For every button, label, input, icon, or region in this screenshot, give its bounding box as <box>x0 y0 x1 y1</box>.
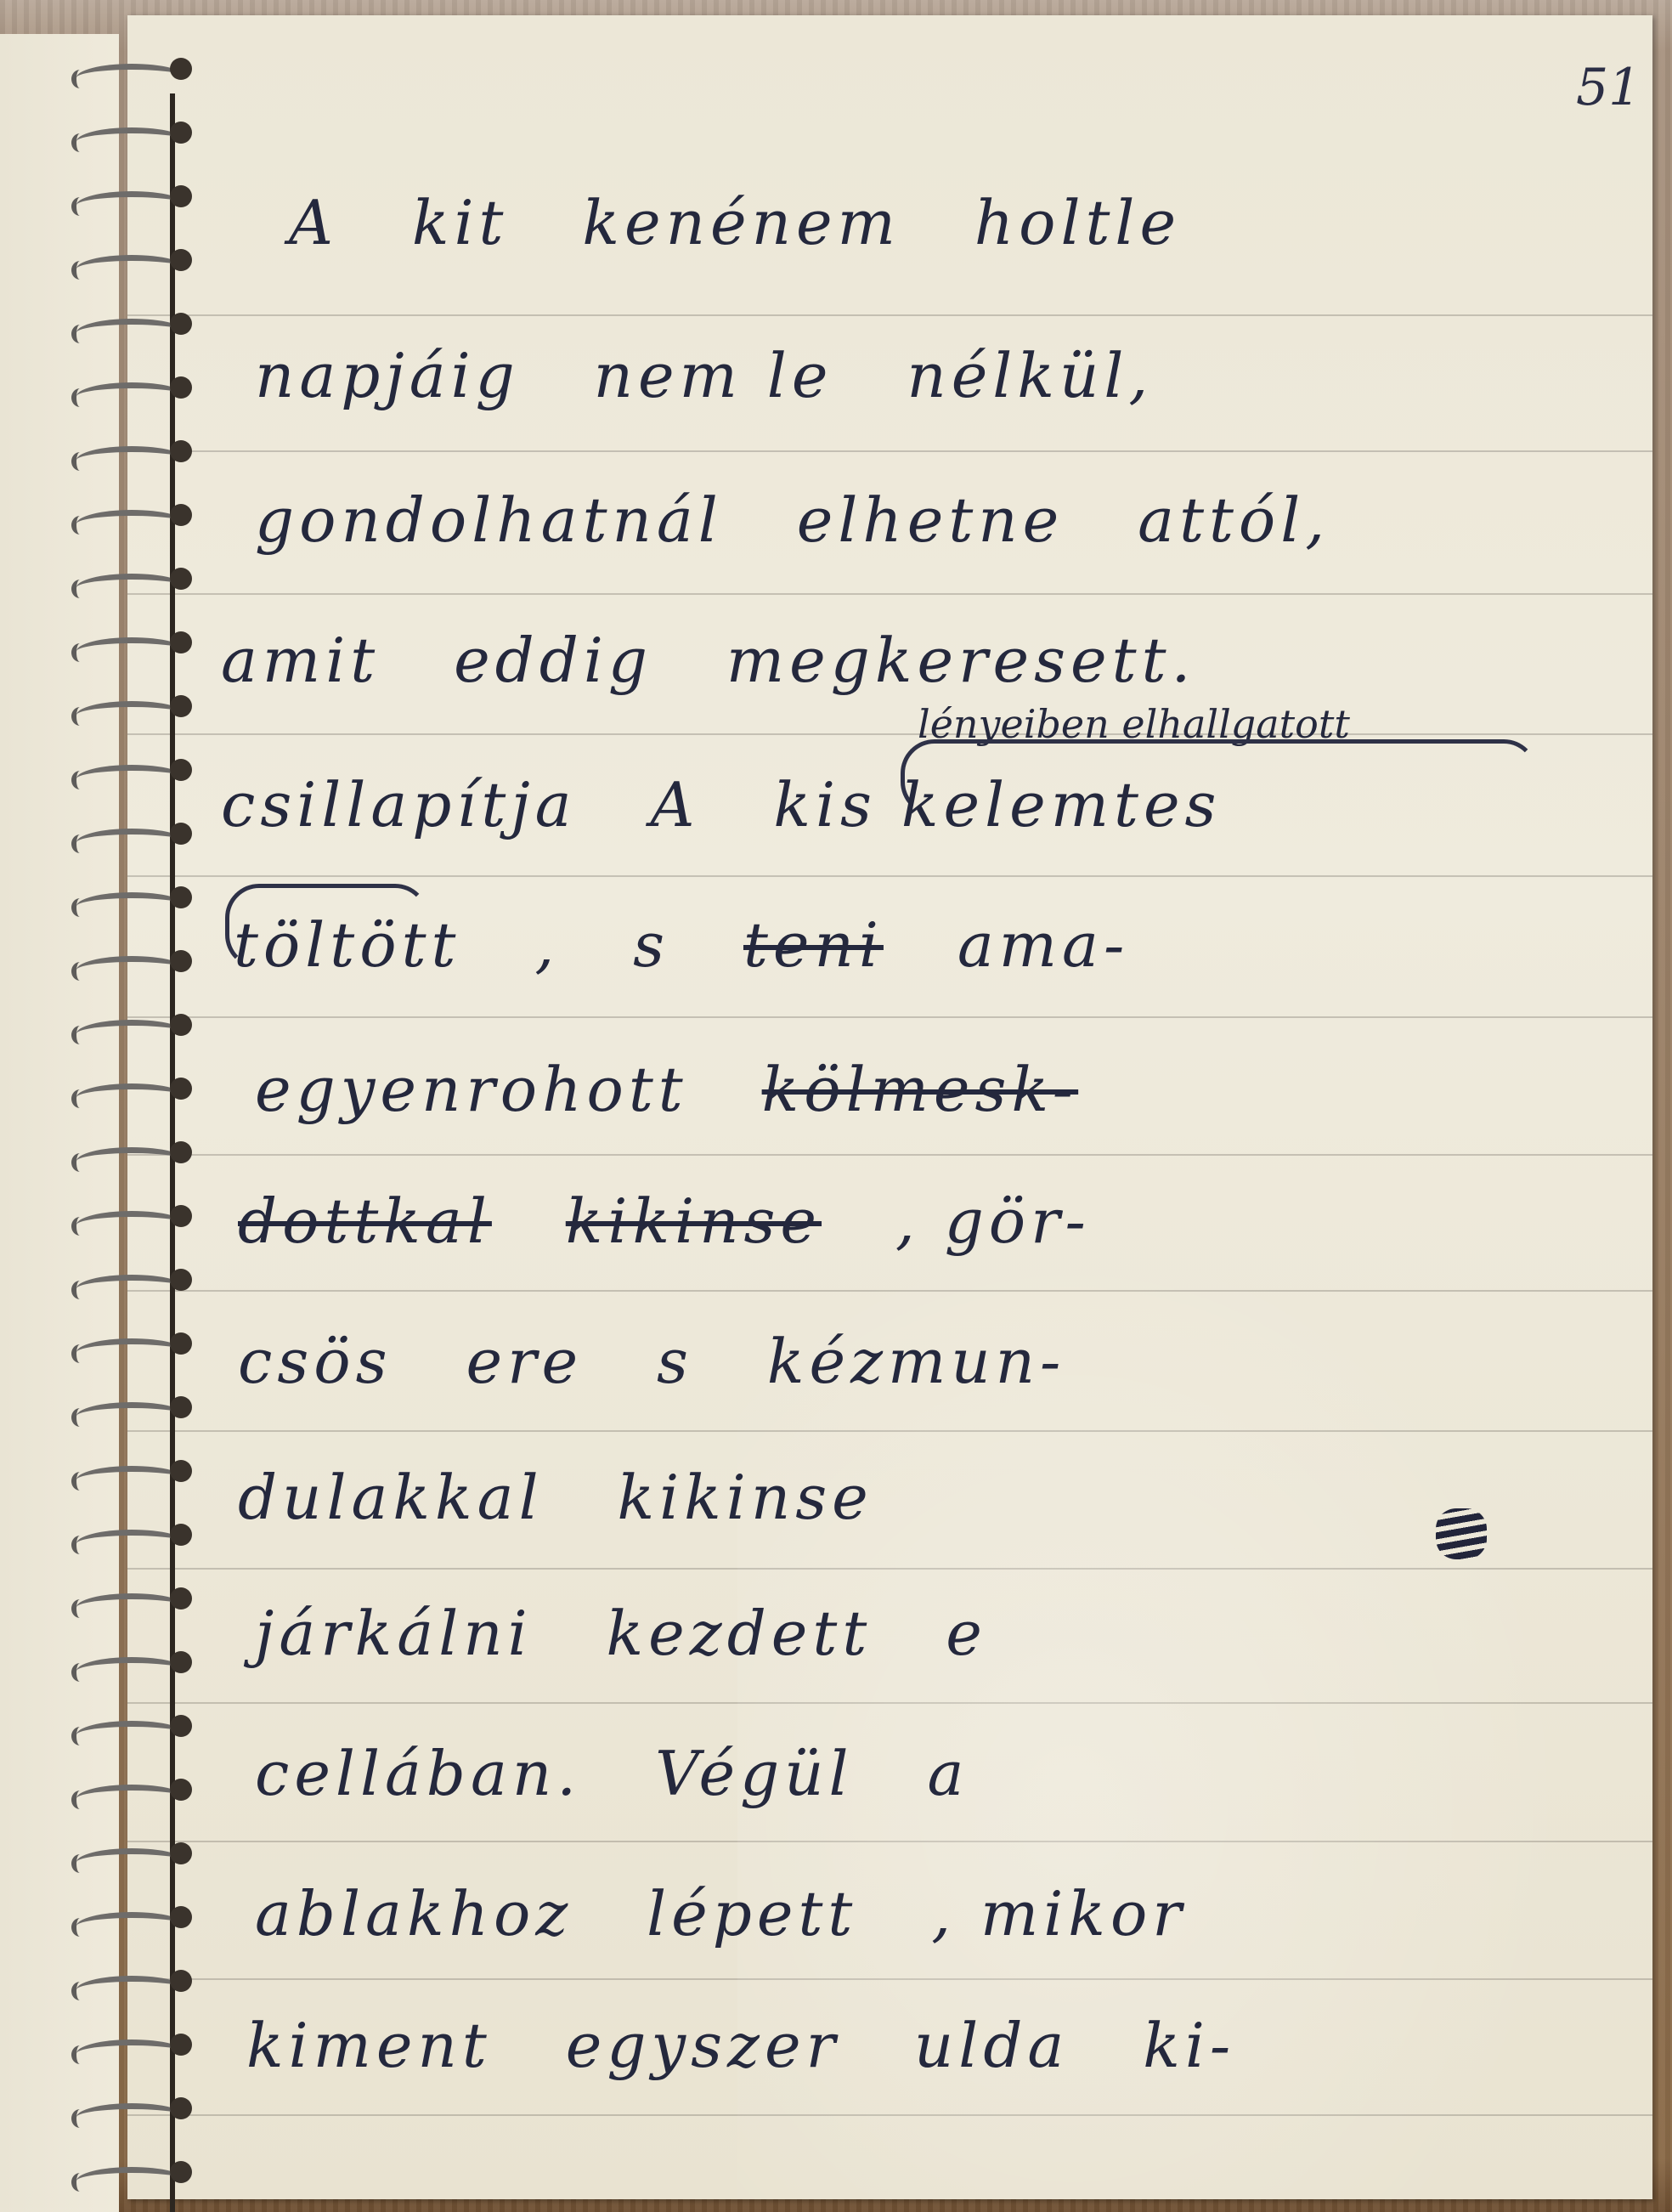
word: járkálni <box>255 1598 533 1669</box>
spiral-coil <box>76 701 187 729</box>
word: A <box>289 187 338 258</box>
handwritten-line-14: kiment egyszer ulda ki- <box>246 2010 1623 2081</box>
ruled-line <box>127 1841 1652 1842</box>
spiral-coil <box>76 382 187 410</box>
ruled-line <box>127 1568 1652 1570</box>
word: egyszer <box>566 2010 840 2081</box>
spiral-coil <box>76 1338 187 1366</box>
spiral-coil <box>76 1976 187 2004</box>
spiral-coil <box>76 2039 187 2068</box>
spiral-coil <box>76 1721 187 1749</box>
word: kis kelemtes <box>773 769 1221 840</box>
spiral-coil <box>76 1020 187 1048</box>
spiral-coil <box>76 1275 187 1303</box>
spiral-coil <box>76 1785 187 1813</box>
spiral-coil <box>76 1657 187 1685</box>
ruled-line <box>127 1154 1652 1156</box>
spiral-coil <box>76 1211 187 1239</box>
handwritten-line-11: járkálni kezdett e <box>255 1598 1631 1669</box>
handwritten-line-7: egyenrohott kölmesk- <box>255 1054 1631 1125</box>
word: s <box>633 909 669 981</box>
ink-scribble-mark <box>1436 1508 1487 1559</box>
word: töltött <box>234 909 460 981</box>
word: napjáig <box>255 340 520 411</box>
word: , mikor <box>931 1878 1186 1949</box>
word: ablakhoz <box>255 1878 573 1949</box>
spiral-coil <box>76 1912 187 1940</box>
spiral-coil <box>76 319 187 347</box>
handwritten-line-13: ablakhoz lépett , mikor <box>255 1878 1631 1949</box>
spiral-coil <box>76 892 187 920</box>
spiral-coil <box>76 574 187 602</box>
spiral-coil <box>76 1593 187 1621</box>
word: ki- <box>1143 2010 1235 2081</box>
word: eddig <box>454 625 652 696</box>
word: attól, <box>1138 484 1330 556</box>
ruled-line <box>127 1430 1652 1432</box>
spiral-coil <box>76 2103 187 2131</box>
word: megkeresett. <box>726 625 1196 696</box>
handwritten-line-10: dulakkal kikinse <box>238 1462 1614 1533</box>
handwritten-line-3: gondolhatnál elhetne attól, <box>255 484 1631 556</box>
word: nélkül, <box>907 340 1153 411</box>
ruled-line <box>127 1290 1652 1292</box>
word: holtle <box>974 187 1181 258</box>
struck-word: kölmesk- <box>762 1054 1079 1125</box>
ruled-line <box>127 875 1652 877</box>
handwritten-line-2: napjáig nem le nélkül, <box>255 340 1631 411</box>
struck-word: kikinse <box>566 1185 822 1257</box>
ruled-line <box>127 314 1652 316</box>
word: cellában. <box>255 1738 581 1809</box>
word: csös <box>238 1326 393 1397</box>
spiral-binding <box>51 17 195 2212</box>
struck-word: teni <box>743 909 884 981</box>
word: s <box>657 1326 693 1397</box>
spiral-coil <box>76 1083 187 1112</box>
word: , gör- <box>895 1185 1091 1257</box>
word: lépett <box>647 1878 857 1949</box>
spiral-coil <box>76 1466 187 1494</box>
spiral-coil <box>76 829 187 857</box>
spiral-coil <box>76 1848 187 1876</box>
word: Végül <box>655 1738 853 1809</box>
handwritten-line-8: dottkal kikinse , gör- <box>238 1185 1614 1257</box>
word: amit <box>221 625 380 696</box>
word: a <box>927 1738 969 1809</box>
handwritten-line-12: cellában. Végül a <box>255 1738 1631 1809</box>
spiral-coil <box>76 2167 187 2195</box>
spiral-coil <box>76 191 187 219</box>
word: dulakkal <box>238 1462 544 1533</box>
spiral-coil <box>76 1530 187 1558</box>
word: kenénem <box>582 187 900 258</box>
word: egyenrohott <box>255 1054 688 1125</box>
spiral-coil <box>76 510 187 538</box>
spiral-coil <box>76 1147 187 1175</box>
word: kézmun- <box>767 1326 1066 1397</box>
handwritten-line-5: csillapítja A kis kelemtes <box>221 769 1597 840</box>
ruled-line <box>127 1016 1652 1018</box>
spiral-coil <box>76 446 187 474</box>
struck-word: dottkal <box>238 1185 492 1257</box>
ruled-line <box>127 593 1652 595</box>
word: ere <box>466 1326 583 1397</box>
spiral-coil <box>76 64 187 92</box>
spiral-coil <box>76 765 187 793</box>
spiral-coil <box>76 1402 187 1430</box>
word: gondolhatnál <box>255 484 723 556</box>
handwritten-line-4: amit eddig megkeresett. <box>221 625 1597 696</box>
word: kikinse <box>618 1462 873 1533</box>
ruled-line <box>127 733 1652 735</box>
word: , <box>534 909 559 981</box>
spiral-coil <box>76 637 187 665</box>
handwritten-line-6: töltött , s teni ama- <box>234 909 1610 981</box>
word: A <box>650 769 699 840</box>
word: kit <box>412 187 509 258</box>
word: kiment <box>246 2010 492 2081</box>
ruled-line <box>127 2114 1652 2116</box>
spiral-coil <box>76 127 187 156</box>
ruled-line <box>127 1978 1652 1980</box>
word: ulda <box>914 2010 1069 2081</box>
ruled-line <box>127 450 1652 452</box>
word: elhetne <box>797 484 1065 556</box>
word: ama- <box>957 909 1129 981</box>
word: e <box>946 1598 987 1669</box>
word: kezdett <box>607 1598 873 1669</box>
word: nem le <box>594 340 833 411</box>
handwritten-line-1: A kit kenénem holtle <box>289 187 1665 258</box>
word: csillapítja <box>221 769 577 840</box>
page-number: 51 <box>1576 58 1641 117</box>
spiral-coil <box>76 255 187 283</box>
handwritten-line-9: csös ere s kézmun- <box>238 1326 1614 1397</box>
ruled-line <box>127 1702 1652 1704</box>
spiral-coil <box>76 956 187 984</box>
